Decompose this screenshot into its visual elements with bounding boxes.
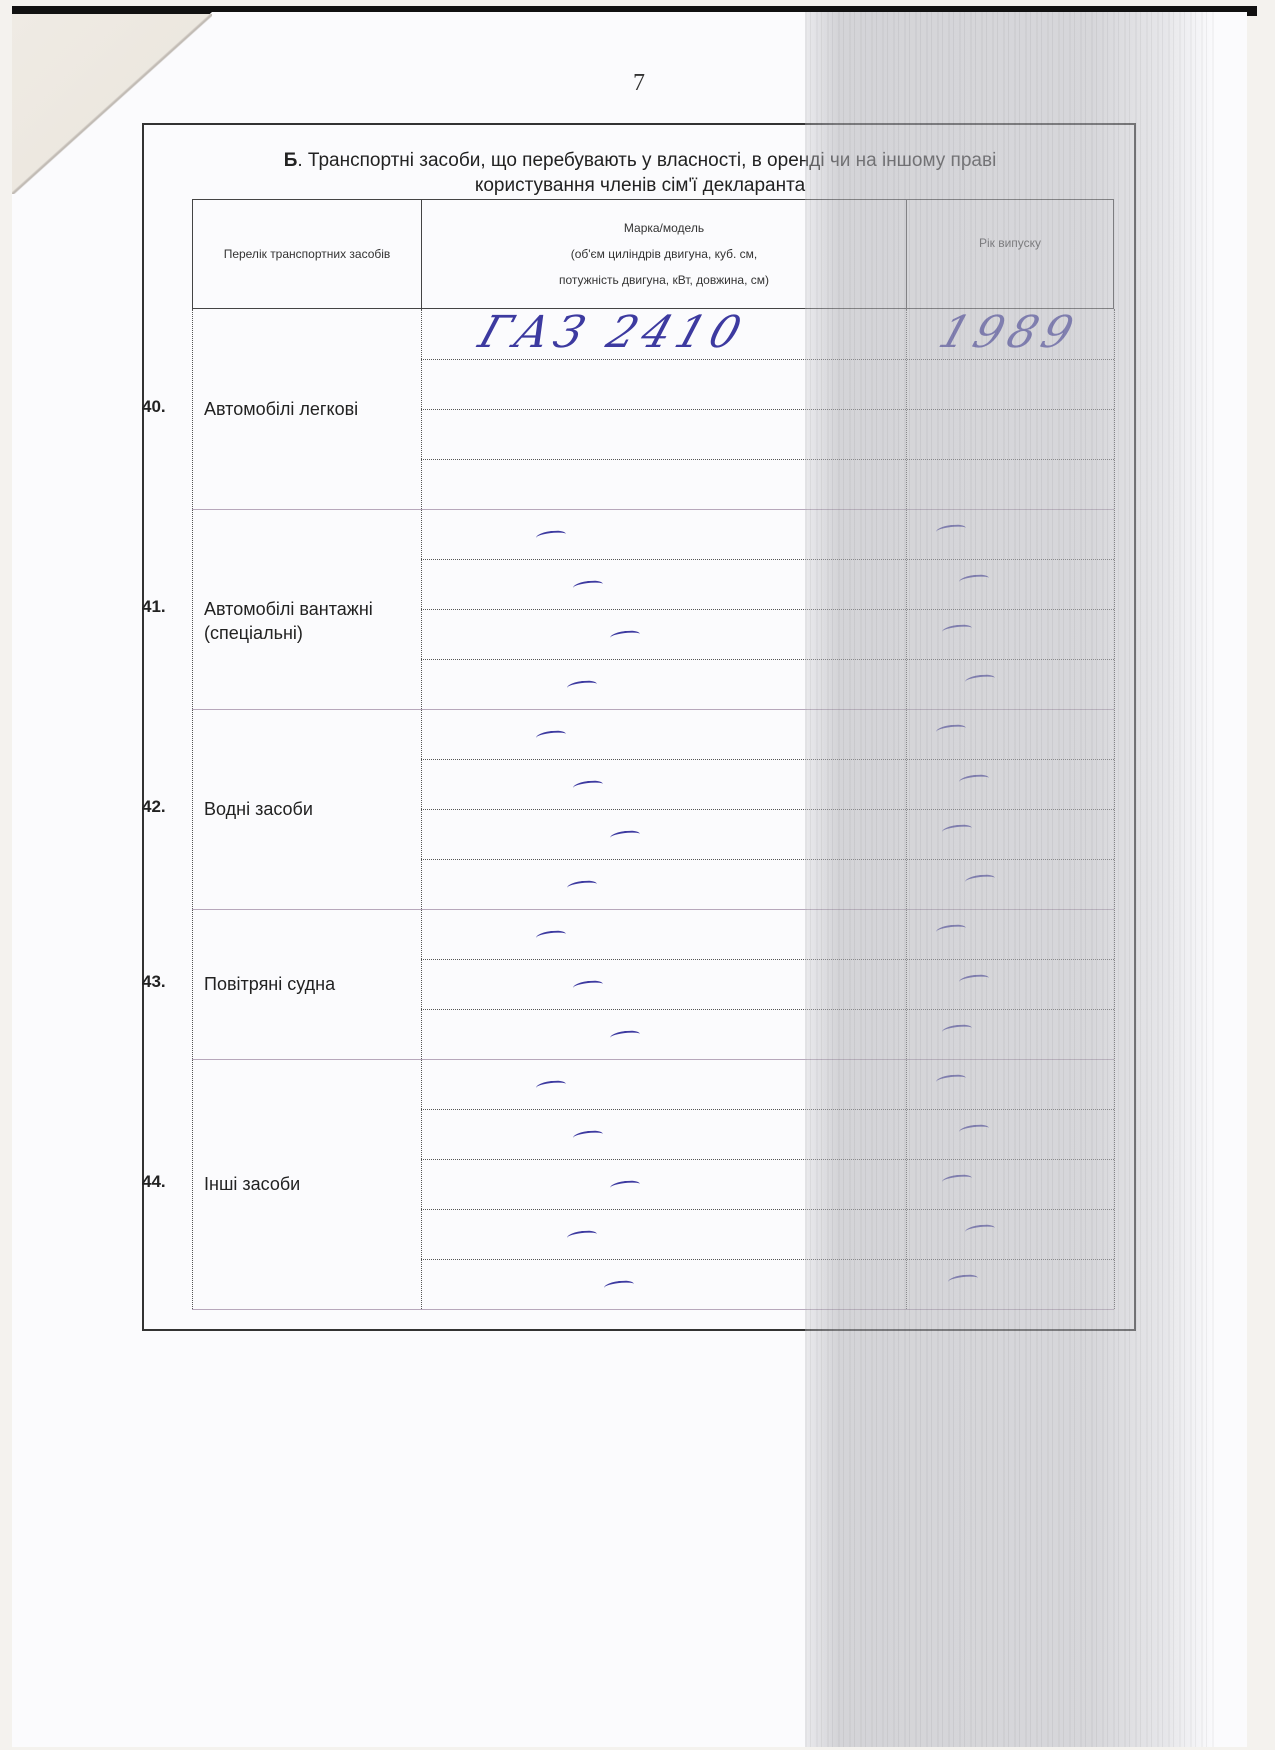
table-row xyxy=(421,859,1114,909)
category-number: 42. xyxy=(142,797,166,817)
category-number: 41. xyxy=(142,597,166,617)
header-model-line2: (об'єм циліндрів двигуна, куб. см, xyxy=(571,241,758,267)
table-row xyxy=(421,759,1114,809)
section-title-text: . Транспортні засоби, що перебувають у в… xyxy=(297,150,996,171)
row-divider xyxy=(421,1009,1114,1010)
table-row xyxy=(421,659,1114,709)
category-number: 43. xyxy=(142,972,166,992)
header-year: Рік випуску xyxy=(906,199,1114,309)
table-row xyxy=(421,509,1114,559)
row-divider xyxy=(421,609,1114,610)
category-number: 40. xyxy=(142,397,166,417)
table-row xyxy=(421,459,1114,509)
row-divider xyxy=(421,359,1114,360)
header-model-line1: Марка/модель xyxy=(624,215,704,241)
category-divider xyxy=(192,1309,1114,1310)
row-divider xyxy=(421,1259,1114,1260)
column-divider xyxy=(192,309,193,1309)
category-label: Повітряні судна xyxy=(204,972,414,996)
table-row xyxy=(421,559,1114,609)
row-divider xyxy=(421,559,1114,560)
table-row xyxy=(421,409,1114,459)
row-divider xyxy=(421,659,1114,660)
table-row xyxy=(421,1159,1114,1209)
row-divider xyxy=(421,409,1114,410)
section-title-line2: користування членів сім'ї декларанта xyxy=(160,173,1120,198)
table-row xyxy=(421,909,1114,959)
header-model-line3: потужність двигуна, кВт, довжина, см) xyxy=(559,267,769,293)
row-divider xyxy=(421,959,1114,960)
row-divider xyxy=(421,459,1114,460)
header-model: Марка/модель (об'єм циліндрів двигуна, к… xyxy=(421,199,907,309)
table-row xyxy=(421,1209,1114,1259)
category-label: Інші засоби xyxy=(204,1172,414,1196)
column-divider xyxy=(1114,309,1115,1309)
row-divider xyxy=(421,1109,1114,1110)
table-row xyxy=(421,1009,1114,1059)
vehicles-table: Перелік транспортних засобів Марка/модел… xyxy=(192,199,1120,1305)
row-divider xyxy=(421,1159,1114,1160)
row-divider xyxy=(421,759,1114,760)
category-number: 44. xyxy=(142,1172,166,1192)
row-divider xyxy=(421,809,1114,810)
table-row xyxy=(421,709,1114,759)
row-divider xyxy=(421,859,1114,860)
section-title: Б. Транспортні засоби, що перебувають у … xyxy=(160,148,1120,198)
page-number: 7 xyxy=(633,70,645,97)
table-row xyxy=(421,359,1114,409)
category-label: Автомобілі вантажні (спеціальні) xyxy=(204,597,414,645)
header-vehicle-list: Перелік транспортних засобів xyxy=(192,199,422,309)
table-row xyxy=(421,809,1114,859)
section-letter: Б xyxy=(284,150,298,171)
table-row xyxy=(421,1059,1114,1109)
handwritten-year: 1989 xyxy=(933,307,1086,358)
table-row xyxy=(421,959,1114,1009)
category-label: Водні засоби xyxy=(204,797,414,821)
handwritten-model: ГАЗ 2410 xyxy=(473,307,753,358)
table-row xyxy=(421,1109,1114,1159)
category-label: Автомобілі легкові xyxy=(204,397,414,421)
row-divider xyxy=(421,1209,1114,1210)
table-row xyxy=(421,1259,1114,1309)
table-row xyxy=(421,609,1114,659)
